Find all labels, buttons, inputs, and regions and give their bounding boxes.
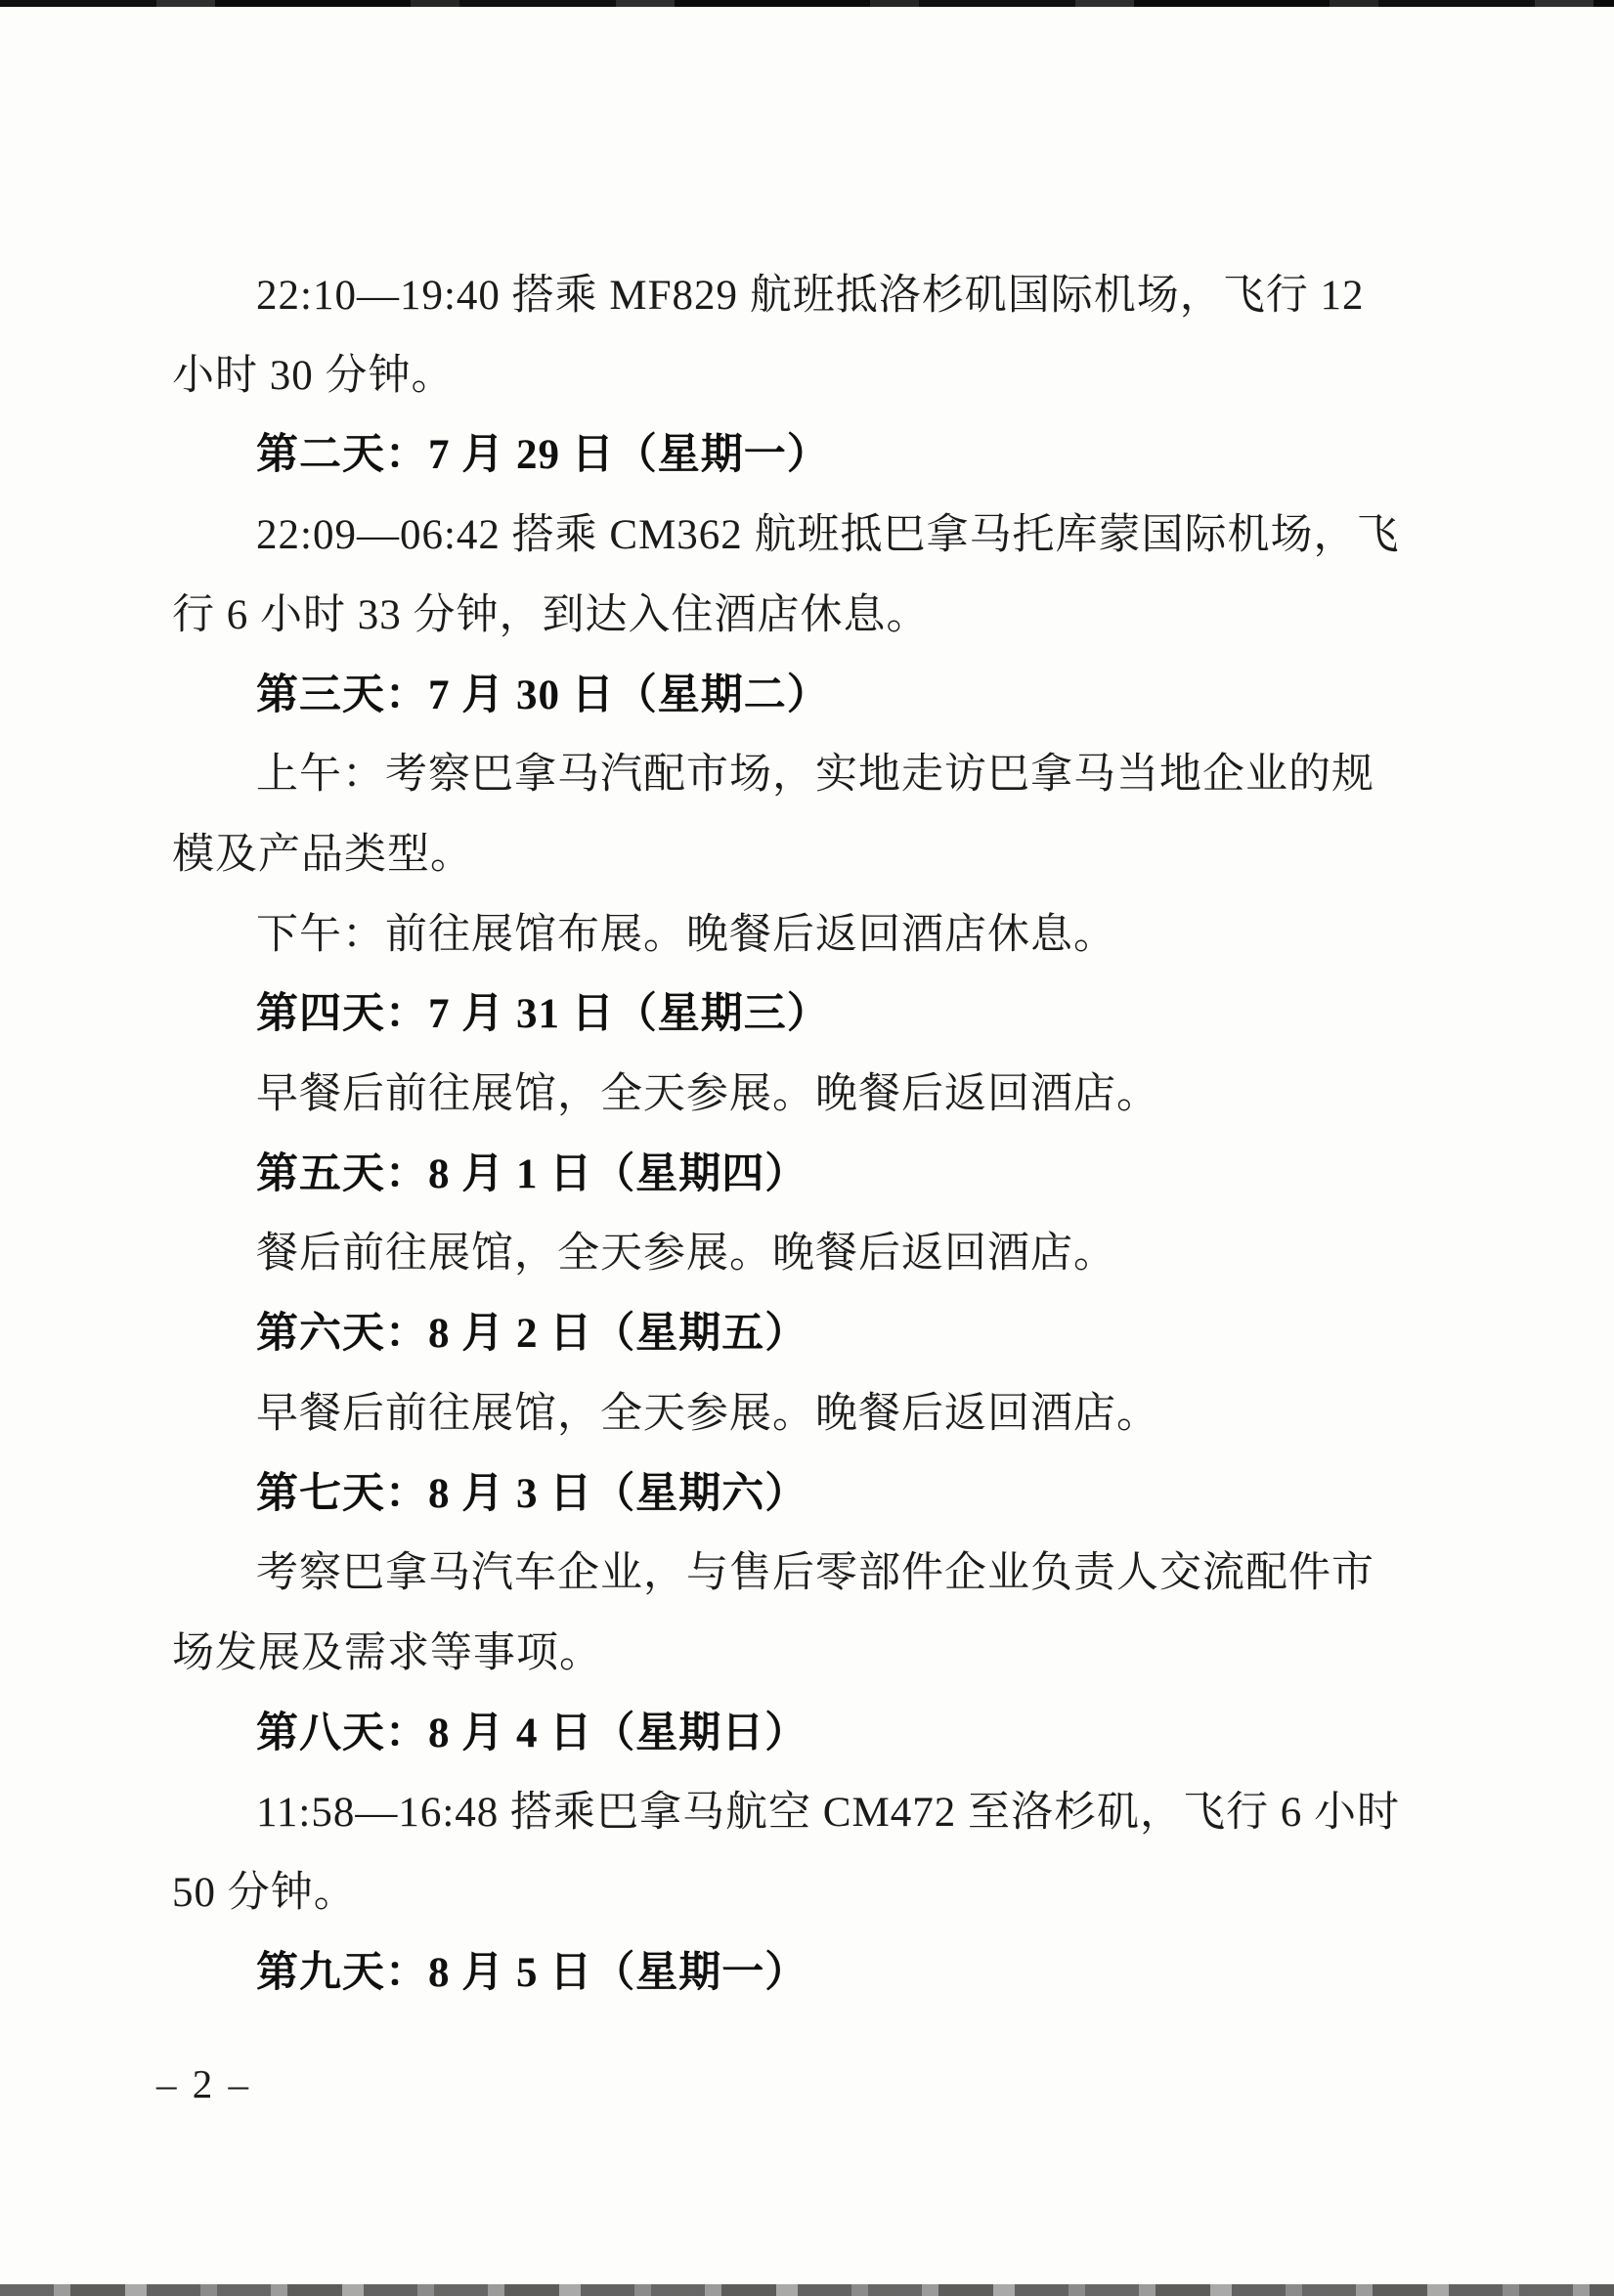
itinerary-paragraph: 11:58—16:48 搭乘巴拿马航空 CM472 至洛杉矶，飞行 6 小时 5… xyxy=(172,1773,1402,1932)
itinerary-paragraph: 考察巴拿马汽车企业，与售后零部件企业负责人交流配件市 场发展及需求等事项。 xyxy=(172,1534,1402,1693)
page-number: – 2 – xyxy=(156,2060,251,2107)
day-heading: 第五天：8 月 1 日（星期四） xyxy=(172,1135,1402,1215)
day-heading: 第八天：8 月 4 日（星期日） xyxy=(172,1694,1402,1774)
scan-edge-top xyxy=(0,0,1614,7)
day-heading: 第四天：7 月 31 日（星期三） xyxy=(172,975,1402,1055)
day-heading: 第九天：8 月 5 日（星期一） xyxy=(172,1933,1402,2014)
itinerary-paragraph: 22:10—19:40 搭乘 MF829 航班抵洛杉矶国际机场，飞行 12 小时… xyxy=(172,256,1402,415)
itinerary-paragraph: 早餐后前往展馆，全天参展。晚餐后返回酒店。 xyxy=(172,1055,1402,1135)
itinerary-paragraph: 下午：前往展馆布展。晚餐后返回酒店休息。 xyxy=(172,895,1402,975)
itinerary-paragraph: 上午：考察巴拿马汽配市场，实地走访巴拿马当地企业的规 模及产品类型。 xyxy=(172,735,1402,894)
scan-edge-bottom xyxy=(0,2284,1614,2296)
itinerary-paragraph: 餐后前往展馆，全天参展。晚餐后返回酒店。 xyxy=(172,1214,1402,1294)
scanned-document-page: 22:10—19:40 搭乘 MF829 航班抵洛杉矶国际机场，飞行 12 小时… xyxy=(0,0,1614,2296)
itinerary-paragraph: 早餐后前往展馆，全天参展。晚餐后返回酒店。 xyxy=(172,1374,1402,1454)
document-body: 22:10—19:40 搭乘 MF829 航班抵洛杉矶国际机场，飞行 12 小时… xyxy=(172,256,1402,2013)
itinerary-paragraph: 22:09—06:42 搭乘 CM362 航班抵巴拿马托库蒙国际机场，飞 行 6… xyxy=(172,496,1402,655)
day-heading: 第二天：7 月 29 日（星期一） xyxy=(172,415,1402,496)
day-heading: 第六天：8 月 2 日（星期五） xyxy=(172,1294,1402,1374)
day-heading: 第三天：7 月 30 日（星期二） xyxy=(172,656,1402,736)
day-heading: 第七天：8 月 3 日（星期六） xyxy=(172,1454,1402,1535)
